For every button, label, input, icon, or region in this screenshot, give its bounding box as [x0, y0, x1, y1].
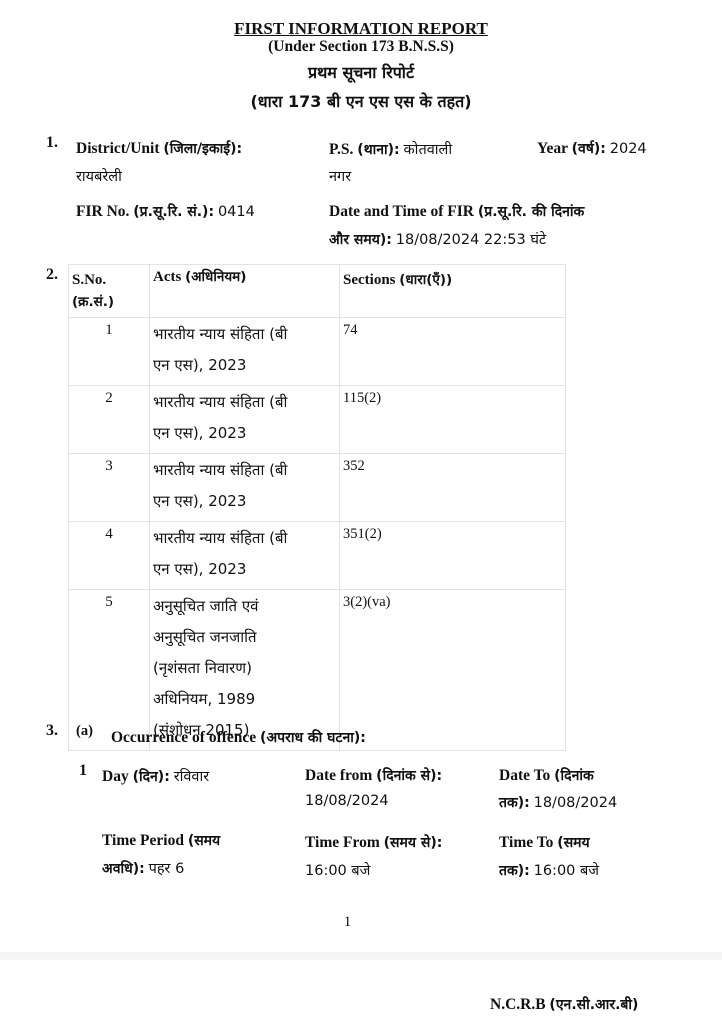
act-line: भारतीय न्याय संहिता (बी	[153, 523, 336, 554]
cell-act: भारतीय न्याय संहिता (बीएन एस), 2023	[150, 522, 340, 590]
cell-section: 351(2)	[340, 522, 566, 590]
table-row: 2भारतीय न्याय संहिता (बीएन एस), 2023115(…	[69, 386, 566, 454]
cell-act: भारतीय न्याय संहिता (बीएन एस), 2023	[150, 386, 340, 454]
time-period-label: Time Period (समय	[102, 831, 220, 850]
act-line: भारतीय न्याय संहिता (बी	[153, 387, 336, 418]
police-station-label: P.S. (थाना): कोतवाली	[329, 139, 452, 159]
day-value: रविवार	[174, 769, 210, 785]
time-to-label-line2: तक): 16:00 बजे	[499, 860, 599, 880]
table-header-row: S.No. (क्र.सं.) Acts (अधिनियम) Sections …	[69, 265, 566, 318]
fir-datetime-label-line2: और समय): 18/08/2024 22:53 घंटे	[329, 229, 546, 249]
year-value: 2024	[610, 141, 647, 157]
ncrb-footer: N.C.R.B (एन.सी.आर.बी)	[490, 995, 638, 1014]
time-from-label: Time From (समय से):	[305, 833, 442, 852]
cell-section: 115(2)	[340, 386, 566, 454]
act-line: (नृशंसता निवारण)	[153, 653, 336, 684]
day-label: Day (दिन): रविवार	[102, 766, 209, 786]
report-subtitle: (Under Section 173 B.N.S.S)	[0, 38, 722, 56]
section-3-sub: (a)	[76, 723, 93, 740]
report-title-hindi: प्रथम सूचना रिपोर्ट	[0, 61, 722, 83]
time-from-value: 16:00 बजे	[305, 860, 370, 880]
column-header-sno: S.No. (क्र.सं.)	[69, 265, 150, 318]
time-to-value: 16:00 बजे	[534, 863, 599, 879]
report-subtitle-hindi: (धारा 173 बी एन एस एस के तहत)	[0, 90, 722, 112]
table-row: 1भारतीय न्याय संहिता (बीएन एस), 202374	[69, 318, 566, 386]
act-line: एन एस), 2023	[153, 418, 336, 449]
time-period-label-line2: अवधि): पहर 6	[102, 858, 184, 878]
police-station-value-line2: नगर	[329, 166, 351, 186]
act-line: एन एस), 2023	[153, 486, 336, 517]
occurrence-entry-number: 1	[79, 762, 87, 780]
time-to-label: Time To (समय	[499, 833, 590, 852]
column-header-acts: Acts (अधिनियम)	[150, 265, 340, 318]
report-title: FIRST INFORMATION REPORT	[0, 19, 722, 39]
page-number: 1	[0, 914, 695, 931]
date-from-label: Date from (दिनांक से):	[305, 766, 442, 785]
section-3-number: 3.	[46, 722, 58, 740]
cell-section: 352	[340, 454, 566, 522]
act-line: एन एस), 2023	[153, 554, 336, 585]
act-line: भारतीय न्याय संहिता (बी	[153, 319, 336, 350]
cell-section: 74	[340, 318, 566, 386]
police-station-value: कोतवाली	[404, 142, 453, 158]
act-line: अधिनियम, 1989	[153, 684, 336, 715]
fir-number-value: 0414	[218, 204, 255, 220]
date-to-value: 18/08/2024	[534, 795, 618, 811]
section-1-number: 1.	[46, 134, 58, 152]
date-to-label-line2: तक): 18/08/2024	[499, 793, 617, 812]
cell-section: 3(2)(va)	[340, 590, 566, 751]
section-2-number: 2.	[46, 266, 58, 284]
cell-act: अनुसूचित जाति एवंअनुसूचित जनजाति(नृशंसता…	[150, 590, 340, 751]
date-from-value: 18/08/2024	[305, 793, 389, 809]
acts-table: S.No. (क्र.सं.) Acts (अधिनियम) Sections …	[68, 264, 566, 751]
cell-sno: 1	[69, 318, 150, 386]
district-label: District/Unit (जिला/इकाई):	[76, 139, 242, 158]
table-row: 5अनुसूचित जाति एवंअनुसूचित जनजाति(नृशंसत…	[69, 590, 566, 751]
cell-act: भारतीय न्याय संहिता (बीएन एस), 2023	[150, 454, 340, 522]
time-period-value: पहर 6	[149, 861, 185, 877]
year-label: Year (वर्ष): 2024	[537, 139, 647, 158]
cell-sno: 3	[69, 454, 150, 522]
page-separator	[0, 952, 722, 960]
act-line: अनुसूचित जनजाति	[153, 622, 336, 653]
table-row: 4भारतीय न्याय संहिता (बीएन एस), 2023351(…	[69, 522, 566, 590]
act-line: अनुसूचित जाति एवं	[153, 591, 336, 622]
fir-datetime-label: Date and Time of FIR (प्र.सू.रि. की दिना…	[329, 202, 584, 221]
table-row: 3भारतीय न्याय संहिता (बीएन एस), 2023352	[69, 454, 566, 522]
cell-sno: 2	[69, 386, 150, 454]
act-line: एन एस), 2023	[153, 350, 336, 381]
date-to-label: Date To (दिनांक	[499, 766, 594, 785]
occurrence-heading: Occurrence of offence (अपराध की घटना):	[111, 728, 366, 747]
act-line: भारतीय न्याय संहिता (बी	[153, 455, 336, 486]
cell-sno: 4	[69, 522, 150, 590]
fir-datetime-value: 18/08/2024 22:53 घंटे	[396, 232, 546, 248]
fir-number-label: FIR No. (प्र.सू.रि. सं.): 0414	[76, 202, 255, 221]
district-value: रायबरेली	[76, 166, 122, 186]
column-header-sections: Sections (धारा(एँ))	[340, 265, 566, 318]
cell-act: भारतीय न्याय संहिता (बीएन एस), 2023	[150, 318, 340, 386]
